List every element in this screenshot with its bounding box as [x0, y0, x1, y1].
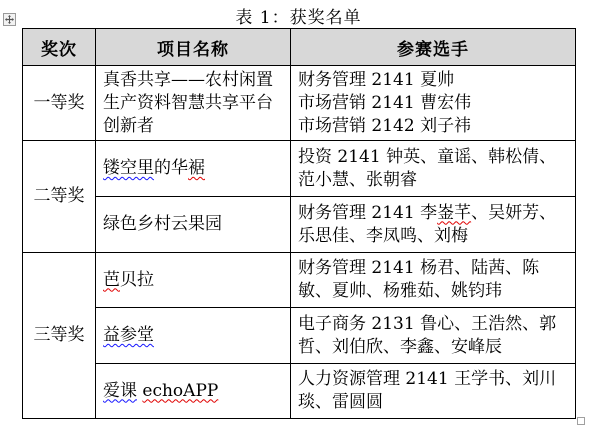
column-header[interactable]: 项目名称 — [96, 29, 291, 66]
players-cell[interactable]: 人力资源管理 2141 王学书、刘川琰、雷圆圆 — [291, 364, 576, 419]
project-name-cell[interactable]: 芭贝拉 — [96, 253, 291, 308]
cell-line: 真香共享——农村闲置生产资料智慧共享平台创新者 — [103, 69, 283, 138]
text-segment: 镂空里 — [103, 158, 154, 178]
cell-line: 绿色乡村云果园 — [103, 213, 283, 236]
table-row: 一等奖真香共享——农村闲置生产资料智慧共享平台创新者财务管理 2141 夏帅市场… — [23, 66, 576, 141]
award-rank-cell[interactable]: 一等奖 — [23, 66, 96, 141]
text-segment: 市场营销 2142 刘子祎 — [298, 116, 471, 136]
text-segment: 市场营销 2141 曹宏伟 — [298, 93, 471, 113]
table-resize-handle[interactable] — [577, 417, 585, 425]
text-segment: 裾 — [188, 158, 205, 178]
project-name-cell[interactable]: 镂空里的华裾 — [96, 141, 291, 197]
cell-line: 电子商务 2131 鲁心、王浩然、郭哲、刘伯欣、李鑫、安峰辰 — [298, 313, 568, 359]
text-segment: 崟芊 — [437, 203, 471, 223]
table-caption[interactable]: 表 1：获奖名单 — [22, 3, 575, 28]
awards-table-body: 一等奖真香共享——农村闲置生产资料智慧共享平台创新者财务管理 2141 夏帅市场… — [23, 66, 576, 419]
project-name-cell[interactable]: 爱课 echoAPP — [96, 364, 291, 419]
cell-line: 芭贝拉 — [103, 269, 283, 292]
cell-line: 财务管理 2141 李崟芊、吴妍芳、乐思佳、李凤鸣、刘梅 — [298, 202, 568, 248]
header-row: 奖次项目名称参赛选手 — [23, 29, 576, 66]
cell-line: 财务管理 2141 杨君、陆茜、陈敏、夏帅、杨雅茹、姚钧玮 — [298, 257, 568, 303]
column-header[interactable]: 奖次 — [23, 29, 96, 66]
project-name-cell[interactable]: 益参堂 — [96, 308, 291, 364]
text-segment: 贝拉 — [120, 270, 154, 290]
text-segment: 财务管理 2141 夏帅 — [298, 70, 454, 90]
column-header[interactable]: 参赛选手 — [291, 29, 576, 66]
text-segment: 的华 — [154, 158, 188, 178]
cell-line: 投资 2141 钟英、童谣、韩松倩、范小慧、张朝睿 — [298, 146, 568, 192]
four-way-arrow-icon — [5, 15, 14, 24]
table-row: 二等奖镂空里的华裾投资 2141 钟英、童谣、韩松倩、范小慧、张朝睿 — [23, 141, 576, 197]
table-row: 益参堂电子商务 2131 鲁心、王浩然、郭哲、刘伯欣、李鑫、安峰辰 — [23, 308, 576, 364]
players-cell[interactable]: 电子商务 2131 鲁心、王浩然、郭哲、刘伯欣、李鑫、安峰辰 — [291, 308, 576, 364]
text-segment: 爱课 — [103, 381, 137, 401]
table-row: 三等奖芭贝拉财务管理 2141 杨君、陆茜、陈敏、夏帅、杨雅茹、姚钧玮 — [23, 253, 576, 308]
players-cell[interactable]: 财务管理 2141 夏帅市场营销 2141 曹宏伟市场营销 2142 刘子祎 — [291, 66, 576, 141]
awards-table: 奖次项目名称参赛选手 一等奖真香共享——农村闲置生产资料智慧共享平台创新者财务管… — [22, 28, 576, 419]
players-cell[interactable]: 财务管理 2141 杨君、陆茜、陈敏、夏帅、杨雅茹、姚钧玮 — [291, 253, 576, 308]
project-name-cell[interactable]: 真香共享——农村闲置生产资料智慧共享平台创新者 — [96, 66, 291, 141]
text-segment: echoAPP — [142, 381, 218, 401]
award-rank-cell[interactable]: 二等奖 — [23, 141, 96, 253]
text-segment: 真香共享——农村闲置生产资料智慧共享平台创新者 — [103, 70, 273, 136]
cell-line: 人力资源管理 2141 王学书、刘川琰、雷圆圆 — [298, 368, 568, 414]
project-name-cell[interactable]: 绿色乡村云果园 — [96, 197, 291, 253]
cell-line: 市场营销 2141 曹宏伟 — [298, 92, 568, 115]
table-move-handle[interactable] — [3, 13, 16, 26]
cell-line: 益参堂 — [103, 324, 283, 347]
text-segment: 人力资源管理 2141 王学书、刘川琰、雷圆圆 — [298, 369, 556, 412]
table-row: 爱课 echoAPP人力资源管理 2141 王学书、刘川琰、雷圆圆 — [23, 364, 576, 419]
table-row: 绿色乡村云果园财务管理 2141 李崟芊、吴妍芳、乐思佳、李凤鸣、刘梅 — [23, 197, 576, 253]
cell-line: 市场营销 2142 刘子祎 — [298, 115, 568, 138]
text-segment: 益参堂 — [103, 325, 154, 345]
text-segment: 财务管理 2141 李 — [298, 203, 437, 223]
text-segment: 芭 — [103, 270, 120, 290]
text-segment: 绿色乡村云果园 — [103, 214, 222, 234]
cell-line: 爱课 echoAPP — [103, 380, 283, 403]
players-cell[interactable]: 投资 2141 钟英、童谣、韩松倩、范小慧、张朝睿 — [291, 141, 576, 197]
text-segment: 投资 2141 钟英、童谣、韩松倩、范小慧、张朝睿 — [298, 147, 556, 190]
players-cell[interactable]: 财务管理 2141 李崟芊、吴妍芳、乐思佳、李凤鸣、刘梅 — [291, 197, 576, 253]
text-segment: 电子商务 2131 鲁心、王浩然、郭哲、刘伯欣、李鑫、安峰辰 — [298, 314, 556, 357]
award-rank-cell[interactable]: 三等奖 — [23, 253, 96, 419]
text-segment: 财务管理 2141 杨君、陆茜、陈敏、夏帅、杨雅茹、姚钧玮 — [298, 258, 539, 301]
awards-table-header: 奖次项目名称参赛选手 — [23, 29, 576, 66]
cell-line: 镂空里的华裾 — [103, 157, 283, 180]
cell-line: 财务管理 2141 夏帅 — [298, 69, 568, 92]
